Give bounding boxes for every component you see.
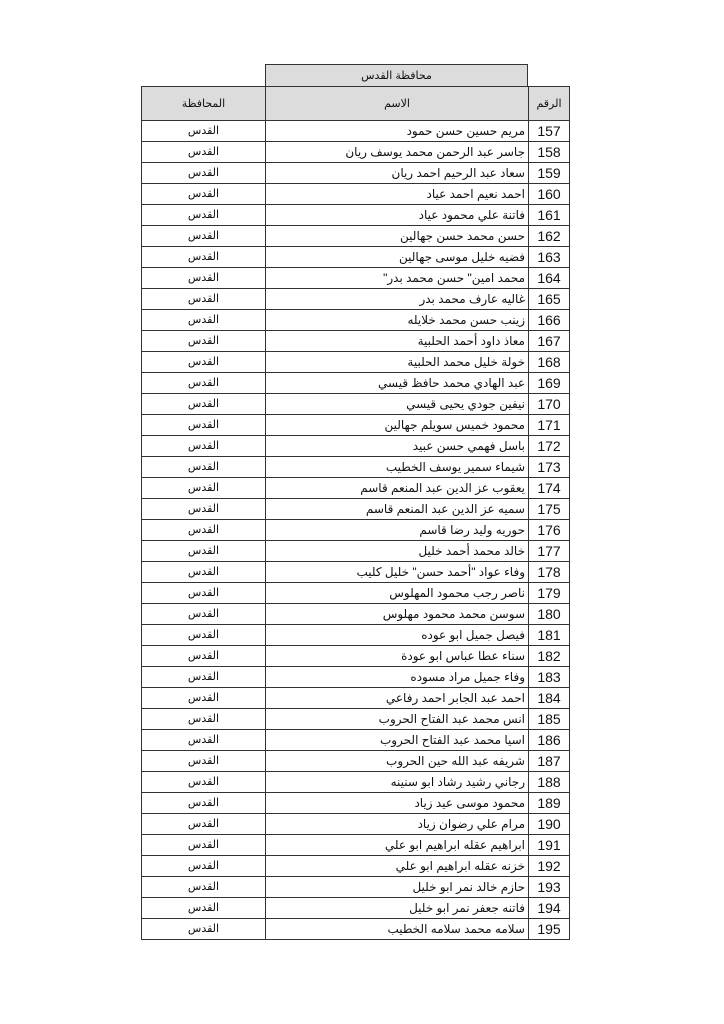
row-name: حازم خالد نمر ابو خليل: [266, 877, 529, 898]
roster-table: الرقم الاسم المحافظة 157مريم حسين حسن حم…: [141, 86, 570, 940]
row-name: سناء عطا عباس ابو عودة: [266, 646, 529, 667]
row-name: باسل فهمي حسن عبيد: [266, 436, 529, 457]
row-number: 162: [529, 226, 570, 247]
table-row: 190مرام علي رضوان زيادالقدس: [142, 814, 570, 835]
row-number: 169: [529, 373, 570, 394]
row-name: فاتنه جعفر نمر ابو خليل: [266, 898, 529, 919]
row-name: سلامه محمد سلامه الخطيب: [266, 919, 529, 940]
table-row: 184احمد عبد الجابر احمد رفاعيالقدس: [142, 688, 570, 709]
row-number: 175: [529, 499, 570, 520]
row-name: خولة خليل محمد الحلبية: [266, 352, 529, 373]
row-governorate: القدس: [142, 667, 266, 688]
row-governorate: القدس: [142, 352, 266, 373]
table-row: 169عبد الهادي محمد حافظ قيسيالقدس: [142, 373, 570, 394]
row-number: 184: [529, 688, 570, 709]
row-name: غاليه عارف محمد بدر: [266, 289, 529, 310]
row-number: 187: [529, 751, 570, 772]
row-number: 173: [529, 457, 570, 478]
row-number: 157: [529, 121, 570, 142]
row-number: 158: [529, 142, 570, 163]
row-governorate: القدس: [142, 478, 266, 499]
table-row: 189محمود موسى عيد زيادالقدس: [142, 793, 570, 814]
table-row: 178وفاء عواد "أحمد حسن" خليل كليبالقدس: [142, 562, 570, 583]
row-number: 163: [529, 247, 570, 268]
row-name: سوسن محمد محمود مهلوس: [266, 604, 529, 625]
row-number: 186: [529, 730, 570, 751]
row-number: 192: [529, 856, 570, 877]
row-number: 170: [529, 394, 570, 415]
row-number: 177: [529, 541, 570, 562]
table-row: 181فيصل جميل ابو عودهالقدس: [142, 625, 570, 646]
row-number: 190: [529, 814, 570, 835]
row-governorate: القدس: [142, 394, 266, 415]
table-row: 191ابراهيم عقله ابراهيم ابو عليالقدس: [142, 835, 570, 856]
table-row: 158جاسر عبد الرحمن محمد يوسف ريانالقدس: [142, 142, 570, 163]
row-name: احمد عبد الجابر احمد رفاعي: [266, 688, 529, 709]
document-page: محافظة القدس الرقم الاسم المحافظة 157مري…: [0, 0, 724, 1024]
row-number: 159: [529, 163, 570, 184]
row-name: حوريه وليد رضا قاسم: [266, 520, 529, 541]
row-governorate: القدس: [142, 646, 266, 667]
row-number: 160: [529, 184, 570, 205]
row-governorate: القدس: [142, 793, 266, 814]
table-row: 157مريم حسين حسن حمودالقدس: [142, 121, 570, 142]
row-name: شريفه عبد الله حين الحروب: [266, 751, 529, 772]
row-governorate: القدس: [142, 625, 266, 646]
row-name: مرام علي رضوان زياد: [266, 814, 529, 835]
row-number: 188: [529, 772, 570, 793]
row-name: محمود موسى عيد زياد: [266, 793, 529, 814]
table-row: 195سلامه محمد سلامه الخطيبالقدس: [142, 919, 570, 940]
table-row: 174يعقوب عز الدين عبد المنعم قاسمالقدس: [142, 478, 570, 499]
row-governorate: القدس: [142, 289, 266, 310]
row-name: فضيه خليل موسى جهالين: [266, 247, 529, 268]
table-row: 168خولة خليل محمد الحلبيةالقدس: [142, 352, 570, 373]
row-governorate: القدس: [142, 331, 266, 352]
row-governorate: القدس: [142, 562, 266, 583]
table-row: 185انس محمد عبد الفتاح الحروبالقدس: [142, 709, 570, 730]
header-row: الرقم الاسم المحافظة: [142, 87, 570, 121]
row-number: 193: [529, 877, 570, 898]
table-row: 159سعاد عبد الرحيم احمد ريانالقدس: [142, 163, 570, 184]
row-name: نيفين جودي يحيى قيسي: [266, 394, 529, 415]
row-number: 191: [529, 835, 570, 856]
row-number: 195: [529, 919, 570, 940]
table-row: 194فاتنه جعفر نمر ابو خليلالقدس: [142, 898, 570, 919]
table-row: 171محمود خميس سويلم جهالينالقدس: [142, 415, 570, 436]
row-name: شيماء سمير يوسف الخطيب: [266, 457, 529, 478]
row-governorate: القدس: [142, 226, 266, 247]
row-governorate: القدس: [142, 688, 266, 709]
row-number: 182: [529, 646, 570, 667]
row-name: خزنه عقله ابراهيم ابو علي: [266, 856, 529, 877]
row-number: 164: [529, 268, 570, 289]
row-name: فيصل جميل ابو عوده: [266, 625, 529, 646]
table-row: 165غاليه عارف محمد بدرالقدس: [142, 289, 570, 310]
row-name: انس محمد عبد الفتاح الحروب: [266, 709, 529, 730]
table-row: 182سناء عطا عباس ابو عودةالقدس: [142, 646, 570, 667]
row-name: معاذ داود أحمد الحلبية: [266, 331, 529, 352]
row-governorate: القدس: [142, 898, 266, 919]
row-number: 171: [529, 415, 570, 436]
row-number: 176: [529, 520, 570, 541]
row-governorate: القدس: [142, 709, 266, 730]
table-row: 179ناصر رجب محمود المهلوسالقدس: [142, 583, 570, 604]
row-governorate: القدس: [142, 184, 266, 205]
table-row: 161فاتنة علي محمود عيادالقدس: [142, 205, 570, 226]
row-governorate: القدس: [142, 121, 266, 142]
row-name: اسيا محمد عبد الفتاح الحروب: [266, 730, 529, 751]
row-governorate: القدس: [142, 457, 266, 478]
table-row: 183وفاء جميل مراد مسودهالقدس: [142, 667, 570, 688]
row-governorate: القدس: [142, 730, 266, 751]
row-number: 189: [529, 793, 570, 814]
table-row: 192خزنه عقله ابراهيم ابو عليالقدس: [142, 856, 570, 877]
row-number: 166: [529, 310, 570, 331]
table-row: 176حوريه وليد رضا قاسمالقدس: [142, 520, 570, 541]
row-governorate: القدس: [142, 310, 266, 331]
row-name: وفاء جميل مراد مسوده: [266, 667, 529, 688]
table-row: 162حسن محمد حسن جهالينالقدس: [142, 226, 570, 247]
row-governorate: القدس: [142, 541, 266, 562]
table-row: 167معاذ داود أحمد الحلبيةالقدس: [142, 331, 570, 352]
row-governorate: القدس: [142, 415, 266, 436]
row-governorate: القدس: [142, 814, 266, 835]
row-name: محمد امين" حسن محمد بدر": [266, 268, 529, 289]
row-number: 172: [529, 436, 570, 457]
table-row: 186اسيا محمد عبد الفتاح الحروبالقدس: [142, 730, 570, 751]
table-row: 163فضيه خليل موسى جهالينالقدس: [142, 247, 570, 268]
row-governorate: القدس: [142, 856, 266, 877]
row-governorate: القدس: [142, 247, 266, 268]
table-row: 175سميه عز الدين عبد المنعم قاسمالقدس: [142, 499, 570, 520]
table-row: 187شريفه عبد الله حين الحروبالقدس: [142, 751, 570, 772]
row-governorate: القدس: [142, 373, 266, 394]
row-governorate: القدس: [142, 583, 266, 604]
column-header-governorate: المحافظة: [142, 87, 266, 121]
table-title: محافظة القدس: [265, 64, 528, 86]
row-governorate: القدس: [142, 877, 266, 898]
row-name: مريم حسين حسن حمود: [266, 121, 529, 142]
table-row: 180سوسن محمد محمود مهلوسالقدس: [142, 604, 570, 625]
table-row: 172باسل فهمي حسن عبيدالقدس: [142, 436, 570, 457]
row-number: 168: [529, 352, 570, 373]
table-row: 160احمد نعيم احمد عيادالقدس: [142, 184, 570, 205]
row-number: 174: [529, 478, 570, 499]
table-row: 164محمد امين" حسن محمد بدر"القدس: [142, 268, 570, 289]
row-name: رجاني رشيد رشاد ابو سنينه: [266, 772, 529, 793]
row-governorate: القدس: [142, 772, 266, 793]
row-governorate: القدس: [142, 835, 266, 856]
row-number: 180: [529, 604, 570, 625]
row-name: يعقوب عز الدين عبد المنعم قاسم: [266, 478, 529, 499]
row-number: 194: [529, 898, 570, 919]
table-row: 173شيماء سمير يوسف الخطيبالقدس: [142, 457, 570, 478]
row-governorate: القدس: [142, 751, 266, 772]
row-governorate: القدس: [142, 604, 266, 625]
row-name: جاسر عبد الرحمن محمد يوسف ريان: [266, 142, 529, 163]
row-name: ناصر رجب محمود المهلوس: [266, 583, 529, 604]
table-row: 188رجاني رشيد رشاد ابو سنينهالقدس: [142, 772, 570, 793]
row-number: 178: [529, 562, 570, 583]
row-number: 185: [529, 709, 570, 730]
column-header-number: الرقم: [529, 87, 570, 121]
row-name: ابراهيم عقله ابراهيم ابو علي: [266, 835, 529, 856]
row-name: زينب حسن محمد خلايله: [266, 310, 529, 331]
table-body: 157مريم حسين حسن حمودالقدس158جاسر عبد ال…: [142, 121, 570, 940]
row-governorate: القدس: [142, 520, 266, 541]
row-governorate: القدس: [142, 436, 266, 457]
row-name: محمود خميس سويلم جهالين: [266, 415, 529, 436]
row-name: سميه عز الدين عبد المنعم قاسم: [266, 499, 529, 520]
table-row: 177خالد محمد أحمد خليلالقدس: [142, 541, 570, 562]
table-row: 193حازم خالد نمر ابو خليلالقدس: [142, 877, 570, 898]
row-number: 161: [529, 205, 570, 226]
row-number: 165: [529, 289, 570, 310]
row-name: سعاد عبد الرحيم احمد ريان: [266, 163, 529, 184]
row-governorate: القدس: [142, 205, 266, 226]
table-row: 170نيفين جودي يحيى قيسيالقدس: [142, 394, 570, 415]
row-name: خالد محمد أحمد خليل: [266, 541, 529, 562]
row-number: 181: [529, 625, 570, 646]
row-governorate: القدس: [142, 163, 266, 184]
table-row: 166زينب حسن محمد خلايلهالقدس: [142, 310, 570, 331]
row-name: احمد نعيم احمد عياد: [266, 184, 529, 205]
column-header-name: الاسم: [266, 87, 529, 121]
row-name: حسن محمد حسن جهالين: [266, 226, 529, 247]
row-number: 167: [529, 331, 570, 352]
row-governorate: القدس: [142, 268, 266, 289]
row-number: 183: [529, 667, 570, 688]
row-name: وفاء عواد "أحمد حسن" خليل كليب: [266, 562, 529, 583]
row-governorate: القدس: [142, 142, 266, 163]
row-governorate: القدس: [142, 919, 266, 940]
row-name: فاتنة علي محمود عياد: [266, 205, 529, 226]
row-governorate: القدس: [142, 499, 266, 520]
row-name: عبد الهادي محمد حافظ قيسي: [266, 373, 529, 394]
row-number: 179: [529, 583, 570, 604]
